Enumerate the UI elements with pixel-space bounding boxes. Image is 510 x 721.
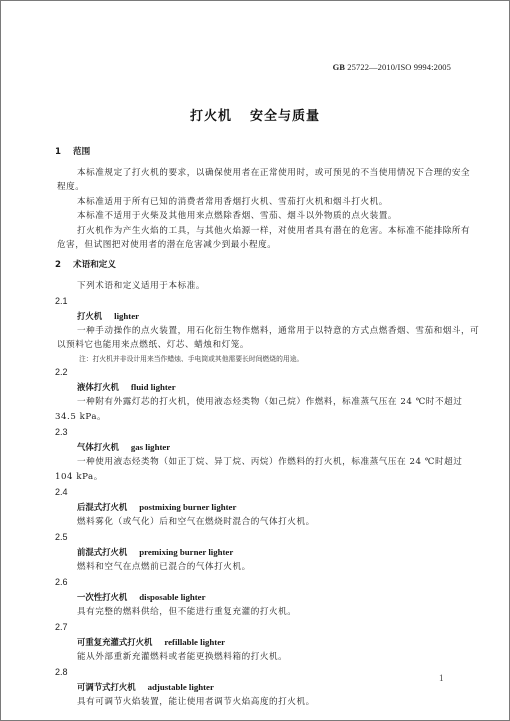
term-heading: 打火机lighter — [77, 310, 139, 322]
definition: 一种附有外露灯芯的打火机，使用液态烃类物（如己烷）作燃料，标准蒸气压在 24 ℃… — [77, 396, 462, 408]
term-en: adjustable lighter — [148, 682, 214, 692]
section-title: 范围 — [73, 147, 90, 157]
clause-number: 2.8 — [55, 666, 68, 678]
paragraph: 本标准适用于所有已知的消费者常用香烟打火机、雪茄打火机和烟斗打火机。 — [77, 196, 388, 208]
clause-number: 2.7 — [55, 621, 68, 633]
section-heading: 1范围 — [55, 146, 90, 158]
term-heading: 可重复充灌式打火机refillable lighter — [77, 636, 225, 648]
definition: 燃料和空气在点燃前已混合的气体打火机。 — [77, 561, 251, 573]
definition: 能从外部重新充灌燃料或者能更换燃料箱的打火机。 — [77, 651, 287, 663]
term-en: fluid lighter — [131, 382, 176, 392]
definition-cont: 以预料它也能用来点燃纸、灯芯、蜡烛和灯笼。 — [57, 339, 249, 351]
term-en: gas lighter — [131, 442, 170, 452]
paragraph-cont: 程度。 — [57, 181, 84, 193]
definition: 具有可调节火焰装置，能让使用者调节火焰高度的打火机。 — [77, 696, 315, 708]
clause-number: 2.1 — [55, 295, 68, 307]
standard-prefix: GB — [333, 62, 345, 72]
term-heading: 可调节式打火机adjustable lighter — [77, 681, 214, 693]
term-heading: 前混式打火机premixing burner lighter — [77, 546, 233, 558]
term-heading: 液体打火机fluid lighter — [77, 381, 176, 393]
term-en: refillable lighter — [164, 637, 225, 647]
section-heading: 2术语和定义 — [55, 259, 116, 271]
definition: 具有完整的燃料供给，但不能进行重复充灌的打火机。 — [77, 606, 296, 618]
definition-cont: 34.5 kPa。 — [55, 411, 106, 423]
term-en: premixing burner lighter — [139, 547, 233, 557]
term-en: disposable lighter — [139, 592, 205, 602]
section-number: 2 — [55, 259, 73, 271]
standard-number: 25722—2010/ISO 9994:2005 — [347, 62, 451, 72]
section-number: 1 — [55, 146, 73, 158]
document-page: GB 25722—2010/ISO 9994:2005 打火机安全与质量 1范围… — [0, 0, 510, 721]
definition: 一种手动操作的点火装置，用石化衍生物作燃料，通常用于以特意的方式点燃香烟、雪茄和… — [77, 325, 479, 337]
term-zh: 一次性打火机 — [77, 592, 127, 602]
definition: 一种使用液态烃类物（如正丁烷、异丁烷、丙烷）作燃料的打火机，标准蒸气压在 24 … — [77, 456, 462, 468]
term-zh: 可重复充灌式打火机 — [77, 637, 152, 647]
note: 注：打火机并非设计用来当作蜡烛、手电筒或其他需要长时间燃烧的用途。 — [79, 353, 303, 365]
title-part2: 安全与质量 — [250, 109, 320, 124]
definition: 燃料雾化（或气化）后和空气在燃烧时混合的气体打火机。 — [77, 516, 315, 528]
term-zh: 气体打火机 — [77, 442, 119, 452]
page-number: 1 — [439, 673, 444, 683]
term-zh: 打火机 — [77, 311, 102, 321]
document-title: 打火机安全与质量 — [1, 105, 509, 124]
term-en: postmixing burner lighter — [139, 502, 236, 512]
term-zh: 可调节式打火机 — [77, 682, 136, 692]
term-heading: 后混式打火机postmixing burner lighter — [77, 501, 236, 513]
paragraph: 本标准规定了打火机的要求，以确保使用者在正常使用时，或可预见的不当使用情况下合理… — [77, 167, 470, 179]
clause-number: 2.6 — [55, 576, 68, 588]
term-zh: 后混式打火机 — [77, 502, 127, 512]
term-zh: 液体打火机 — [77, 382, 119, 392]
paragraph-cont: 危害，但试图把对使用者的潜在危害减少到最小程度。 — [57, 239, 276, 251]
definition-cont: 104 kPa。 — [55, 471, 103, 483]
term-en: lighter — [114, 311, 139, 321]
title-part1: 打火机 — [190, 109, 232, 124]
standard-code: GB 25722—2010/ISO 9994:2005 — [333, 62, 451, 72]
clause-number: 2.4 — [55, 486, 68, 498]
section-intro: 下列术语和定义适用于本标准。 — [77, 280, 205, 292]
term-heading: 气体打火机gas lighter — [77, 441, 170, 453]
paragraph: 本标准不适用于火柴及其他用来点燃除香烟、雪茄、烟斗以外物质的点火装置。 — [77, 210, 397, 222]
clause-number: 2.3 — [55, 426, 68, 438]
term-zh: 前混式打火机 — [77, 547, 127, 557]
clause-number: 2.5 — [55, 531, 68, 543]
term-heading: 一次性打火机disposable lighter — [77, 591, 205, 603]
paragraph: 打火机作为产生火焰的工具，与其他火焰源一样，对使用者具有潜在的危害。本标准不能排… — [77, 225, 470, 237]
clause-number: 2.2 — [55, 366, 68, 378]
section-title: 术语和定义 — [73, 260, 116, 270]
